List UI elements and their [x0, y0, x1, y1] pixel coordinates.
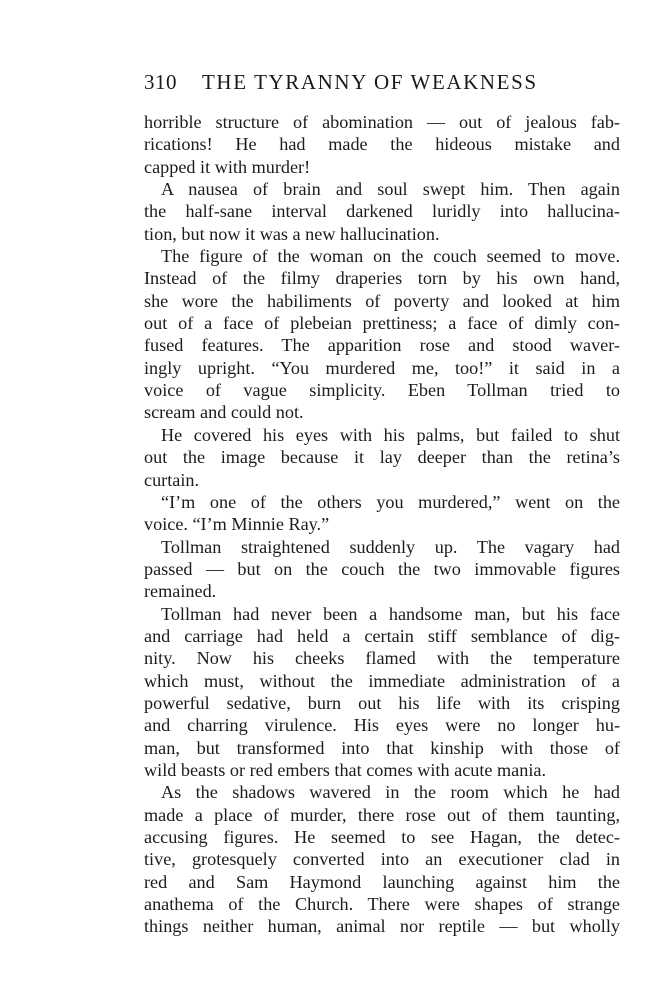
body-text: horrible structure of abomination — out … [144, 111, 620, 938]
text-line: which must, without the immediate admini… [144, 670, 620, 692]
text-line: powerful sedative, burn out his life wit… [144, 692, 620, 714]
text-line: wild beasts or red embers that comes wit… [144, 759, 620, 781]
text-line: out the image because it lay deeper than… [144, 446, 620, 468]
text-line: scream and could not. [144, 401, 620, 423]
text-line: the half-sane interval darkened luridly … [144, 200, 620, 222]
text-line: and carriage had held a certain stiff se… [144, 625, 620, 647]
text-line: tion, but now it was a new hallucination… [144, 223, 620, 245]
text-line: A nausea of brain and soul swept him. Th… [144, 178, 620, 200]
text-line: things neither human, animal nor reptile… [144, 915, 620, 937]
text-line: rications! He had made the hideous mista… [144, 133, 620, 155]
text-line: she wore the habiliments of poverty and … [144, 290, 620, 312]
text-line: Tollman had never been a handsome man, b… [144, 603, 620, 625]
text-line: capped it with murder! [144, 156, 620, 178]
book-page: 310 THE TYRANNY OF WEAKNESS horrible str… [0, 0, 664, 1000]
text-line: As the shadows wavered in the room which… [144, 781, 620, 803]
text-line: curtain. [144, 469, 620, 491]
text-line: made a place of murder, there rose out o… [144, 804, 620, 826]
text-line: fused features. The apparition rose and … [144, 334, 620, 356]
text-line: ingly upright. “You murdered me, too!” i… [144, 357, 620, 379]
text-line: horrible structure of abomination — out … [144, 111, 620, 133]
text-line: accusing figures. He seemed to see Hagan… [144, 826, 620, 848]
text-line: red and Sam Haymond launching against hi… [144, 871, 620, 893]
text-line: out of a face of plebeian prettiness; a … [144, 312, 620, 334]
text-line: passed — but on the couch the two immova… [144, 558, 620, 580]
text-line: Instead of the filmy draperies torn by h… [144, 267, 620, 289]
text-line: He covered his eyes with his palms, but … [144, 424, 620, 446]
running-header: 310 THE TYRANNY OF WEAKNESS [144, 70, 624, 98]
text-line: remained. [144, 580, 620, 602]
text-line: voice. “I’m Minnie Ray.” [144, 513, 620, 535]
page-number: 310 [144, 70, 177, 95]
text-line: voice of vague simplicity. Eben Tollman … [144, 379, 620, 401]
text-line: man, but transformed into that kinship w… [144, 737, 620, 759]
text-line: Tollman straightened suddenly up. The va… [144, 536, 620, 558]
text-line: anathema of the Church. There were shape… [144, 893, 620, 915]
text-line: “I’m one of the others you murdered,” we… [144, 491, 620, 513]
text-line: tive, grotesquely converted into an exec… [144, 848, 620, 870]
text-line: The figure of the woman on the couch see… [144, 245, 620, 267]
text-line: and charring virulence. His eyes were no… [144, 714, 620, 736]
text-line: nity. Now his cheeks flamed with the tem… [144, 647, 620, 669]
running-title: THE TYRANNY OF WEAKNESS [202, 70, 538, 95]
